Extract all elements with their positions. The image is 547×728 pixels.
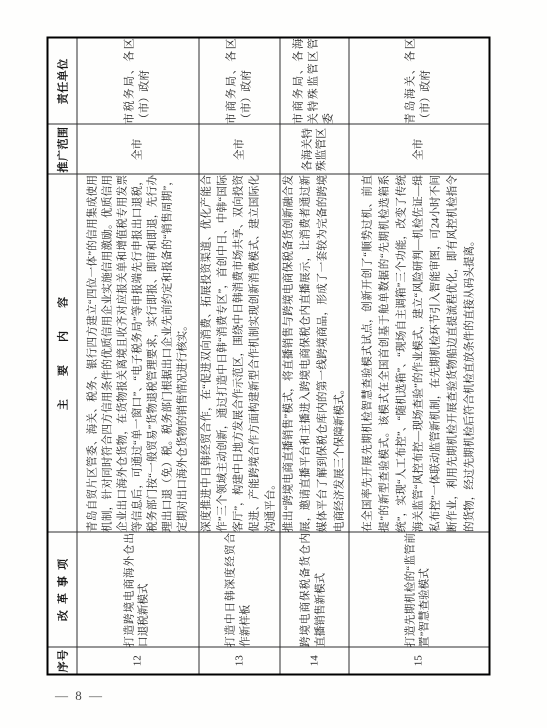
row-15-content: 在全国率先开展先期机检智慧查验模式试点，创新开创了“顺势过机、前直提”的新型查验… (348, 174, 489, 532)
header-seq-label: 序号 (57, 649, 69, 672)
row-15-scope: 全市 (348, 124, 489, 174)
table-row-12: 12 打造跨境电商海外仓出口退税新模式 青岛自贸片区管委、海关、税务、银行四方建… (76, 37, 198, 674)
row-14-number: 14 (279, 647, 348, 674)
row-15-unit: 青岛海关、各区（市）政府 (348, 37, 489, 124)
row-12-unit: 市税务局、各区（市）政府 (76, 37, 198, 124)
row-13-scope: 全市 (198, 124, 279, 174)
row-12-item: 打造跨境电商海外仓出口退税新模式 (76, 532, 198, 647)
header-unit-label: 责任单位 (57, 58, 69, 104)
header-item-label: 改革事项 (57, 552, 69, 620)
header-unit: 责任单位 (47, 37, 76, 124)
row-12-scope: 全市 (76, 124, 198, 174)
table-row-14: 14 跨境电商保税备货仓内直播销售新模式 推出“跨境电商直播销售”模式，将直播销… (279, 37, 348, 674)
row-13-item: 打造中日韩深度经贸合作新样板 (198, 532, 279, 647)
table-row-15: 15 打造先期机检的“监管前置”智慧查验模式 在全国率先开展先期机检智慧查验模式… (348, 37, 489, 674)
table-row-13: 13 打造中日韩深度经贸合作新样板 深度推进中日韩经贸合作，在“促进双向消费、拓… (198, 37, 279, 674)
row-15-item: 打造先期机检的“监管前置”智慧查验模式 (348, 532, 489, 647)
page-number: — 8 — (55, 688, 104, 704)
table-header-row: 序号 改革事项 主要内容 推广范围 责任单位 (47, 37, 76, 674)
header-seq: 序号 (47, 647, 76, 674)
header-scope: 推广范围 (47, 124, 76, 174)
rotated-table-container: 序号 改革事项 主要内容 推广范围 责任单位 12 打造跨境电商海外仓出口退税新… (46, 38, 488, 675)
row-15-number: 15 (348, 647, 489, 674)
row-14-content: 推出“跨境电商直播销售”模式，将直播销售与跨境电商保税备货创新融合发展，邀请直播… (279, 174, 348, 532)
header-content: 主要内容 (47, 174, 76, 532)
row-12-content: 青岛自贸片区管委、海关、税务、银行四方建立“四位一体”的信用集成使用机制，针对同… (76, 174, 198, 532)
row-13-content: 深度推进中日韩经贸合作，在“促进双向消费、拓展投资渠道、优化产能合作”三个领域主… (198, 174, 279, 532)
row-14-unit: 市商务局、各海关特殊监管区管委 (279, 37, 348, 124)
row-14-scope: 各海关特殊监管区 (279, 124, 348, 174)
header-item: 改革事项 (47, 532, 76, 647)
reform-items-table: 序号 改革事项 主要内容 推广范围 责任单位 12 打造跨境电商海外仓出口退税新… (46, 36, 490, 675)
row-13-number: 13 (198, 647, 279, 674)
row-14-item: 跨境电商保税备货仓内直播销售新模式 (279, 532, 348, 647)
header-scope-label: 推广范围 (57, 126, 69, 172)
scanned-page: 序号 改革事项 主要内容 推广范围 责任单位 12 打造跨境电商海外仓出口退税新… (0, 0, 547, 728)
row-13-unit: 市商务局、各区（市）政府 (198, 37, 279, 124)
row-12-number: 12 (76, 647, 198, 674)
header-content-label: 主要内容 (57, 273, 69, 409)
